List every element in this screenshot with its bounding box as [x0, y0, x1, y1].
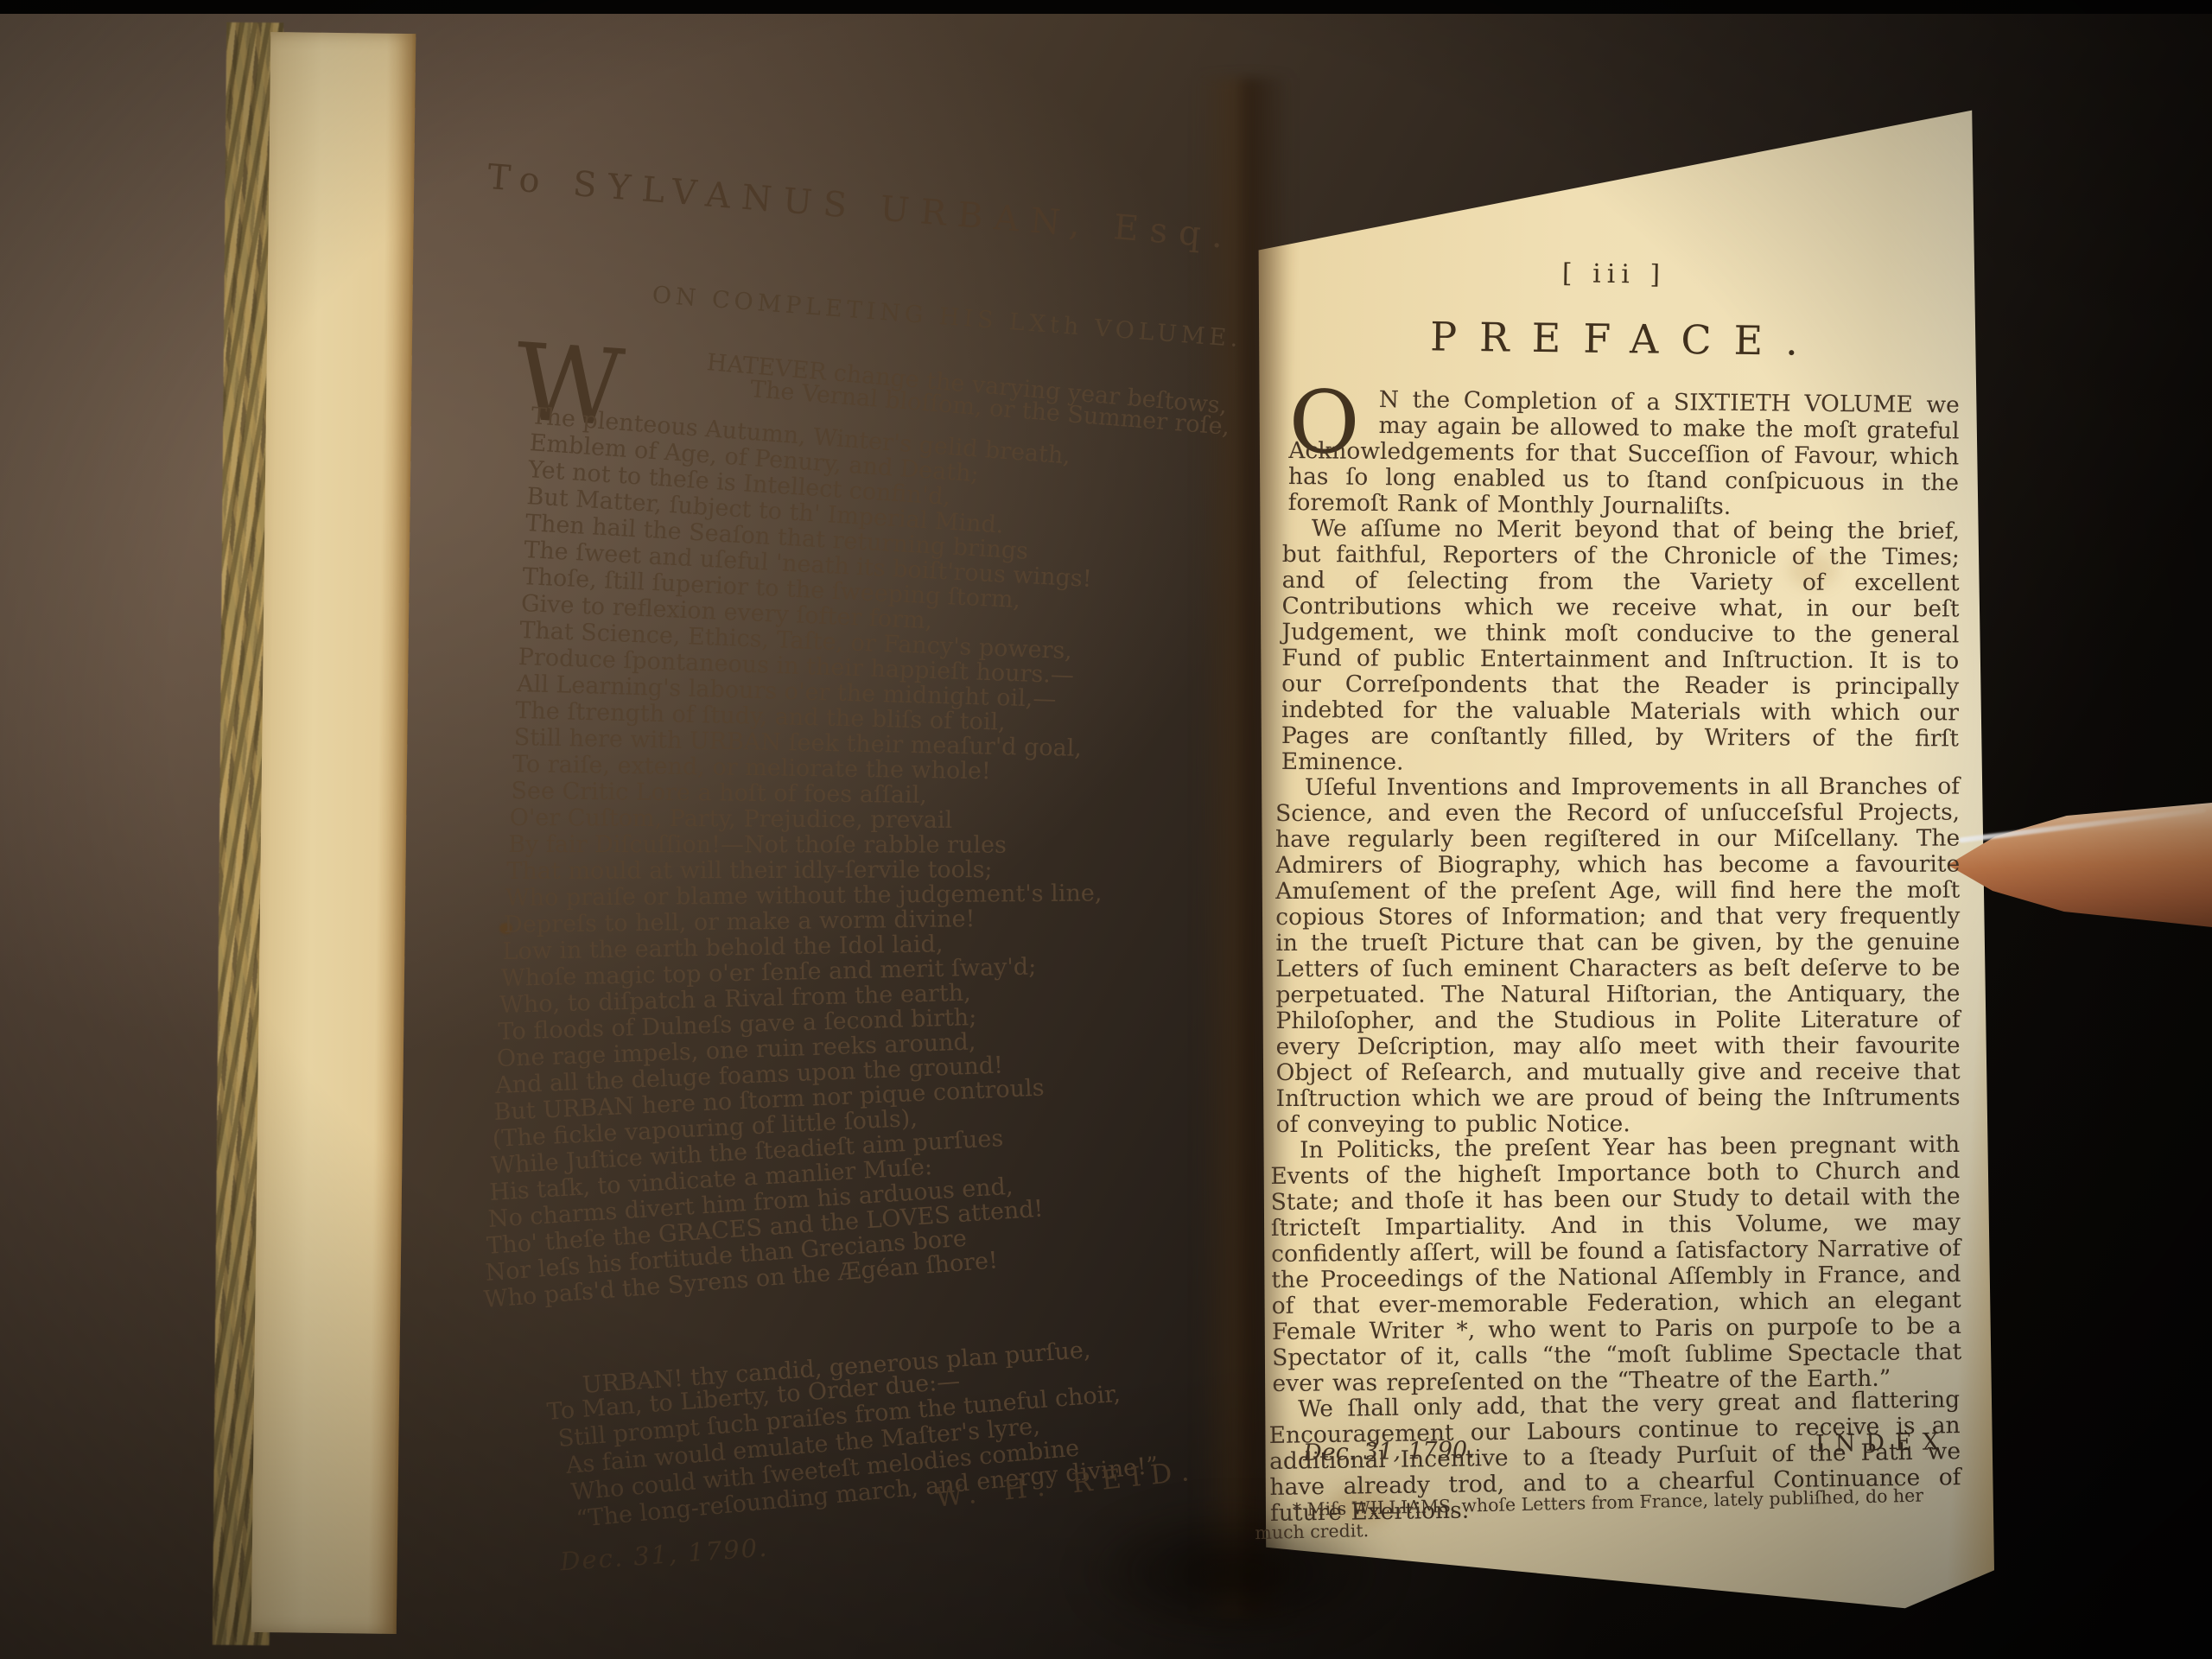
poem-stanza-2: URBAN! thy candid, generous plan purſue,…: [486, 1372, 1263, 1533]
preface-heading: PREFACE.: [1268, 311, 1961, 366]
drop-cap-O: O: [1288, 386, 1379, 437]
preface-paragraph: In Politicks, the preſent Year has been …: [1270, 1132, 1962, 1397]
poem-stanza-1: WHATEVER change the varying year beſtows…: [486, 349, 1263, 1313]
preface-paragraph: Uſeful Inventions and Improvements in al…: [1275, 774, 1961, 1138]
right-page-text: [ iii ] PREFACE. ON the Completion of a …: [1268, 259, 1960, 1527]
photo-top-edge: [0, 0, 2212, 14]
preface-paragraph: We aſſume no Merit beyond that of being …: [1281, 516, 1960, 778]
poem-line: By fair Diſcuſſion!—Not thoſe rabble rul…: [508, 831, 1286, 859]
book-photo-scene: To SYLVANUS URBAN, Esq. ON COMPLETING HI…: [0, 0, 2212, 1659]
preface-body: ON the Completion of a SIXTIETH VOLUME w…: [1268, 386, 1960, 1527]
page-number: [ iii ]: [1268, 254, 1960, 294]
catchword-index: INDEX: [1815, 1428, 1949, 1458]
preface-date: Dec. 31, 1790.: [1303, 1437, 1475, 1466]
preface-paragraph: ON the Completion of a SIXTIETH VOLUME w…: [1288, 386, 1960, 522]
